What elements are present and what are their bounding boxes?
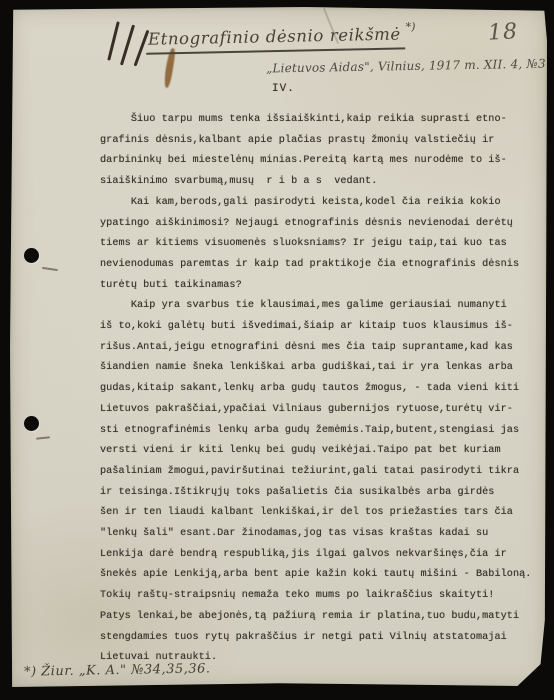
pen-stroke-mark: [120, 24, 135, 65]
pencil-squiggle: [42, 267, 58, 271]
section-number: IV.: [272, 83, 295, 95]
punch-hole-bottom: [24, 416, 39, 431]
footnote: *) Žiur. „K. A." №34,35,36.: [24, 661, 211, 679]
document-page: 18 Etnografinio dėsnio reikšmė*) „Lietuv…: [10, 7, 547, 688]
document-title: Etnografinio dėsnio reikšmė: [146, 24, 405, 54]
pen-stroke-mark: [107, 21, 120, 61]
title-block: Etnografinio dėsnio reikšmė*): [146, 24, 415, 55]
footnote-mark: *): [406, 20, 416, 33]
pencil-squiggle: [36, 436, 50, 439]
citation: „Lietuvos Aidas", Vilnius, 1917 m. XII. …: [266, 57, 552, 76]
punch-hole-top: [24, 248, 39, 263]
body-text: Šiuo tarpu mums tenka išsiaiškinti,kaip …: [100, 110, 550, 669]
page-number: 18: [487, 19, 518, 46]
